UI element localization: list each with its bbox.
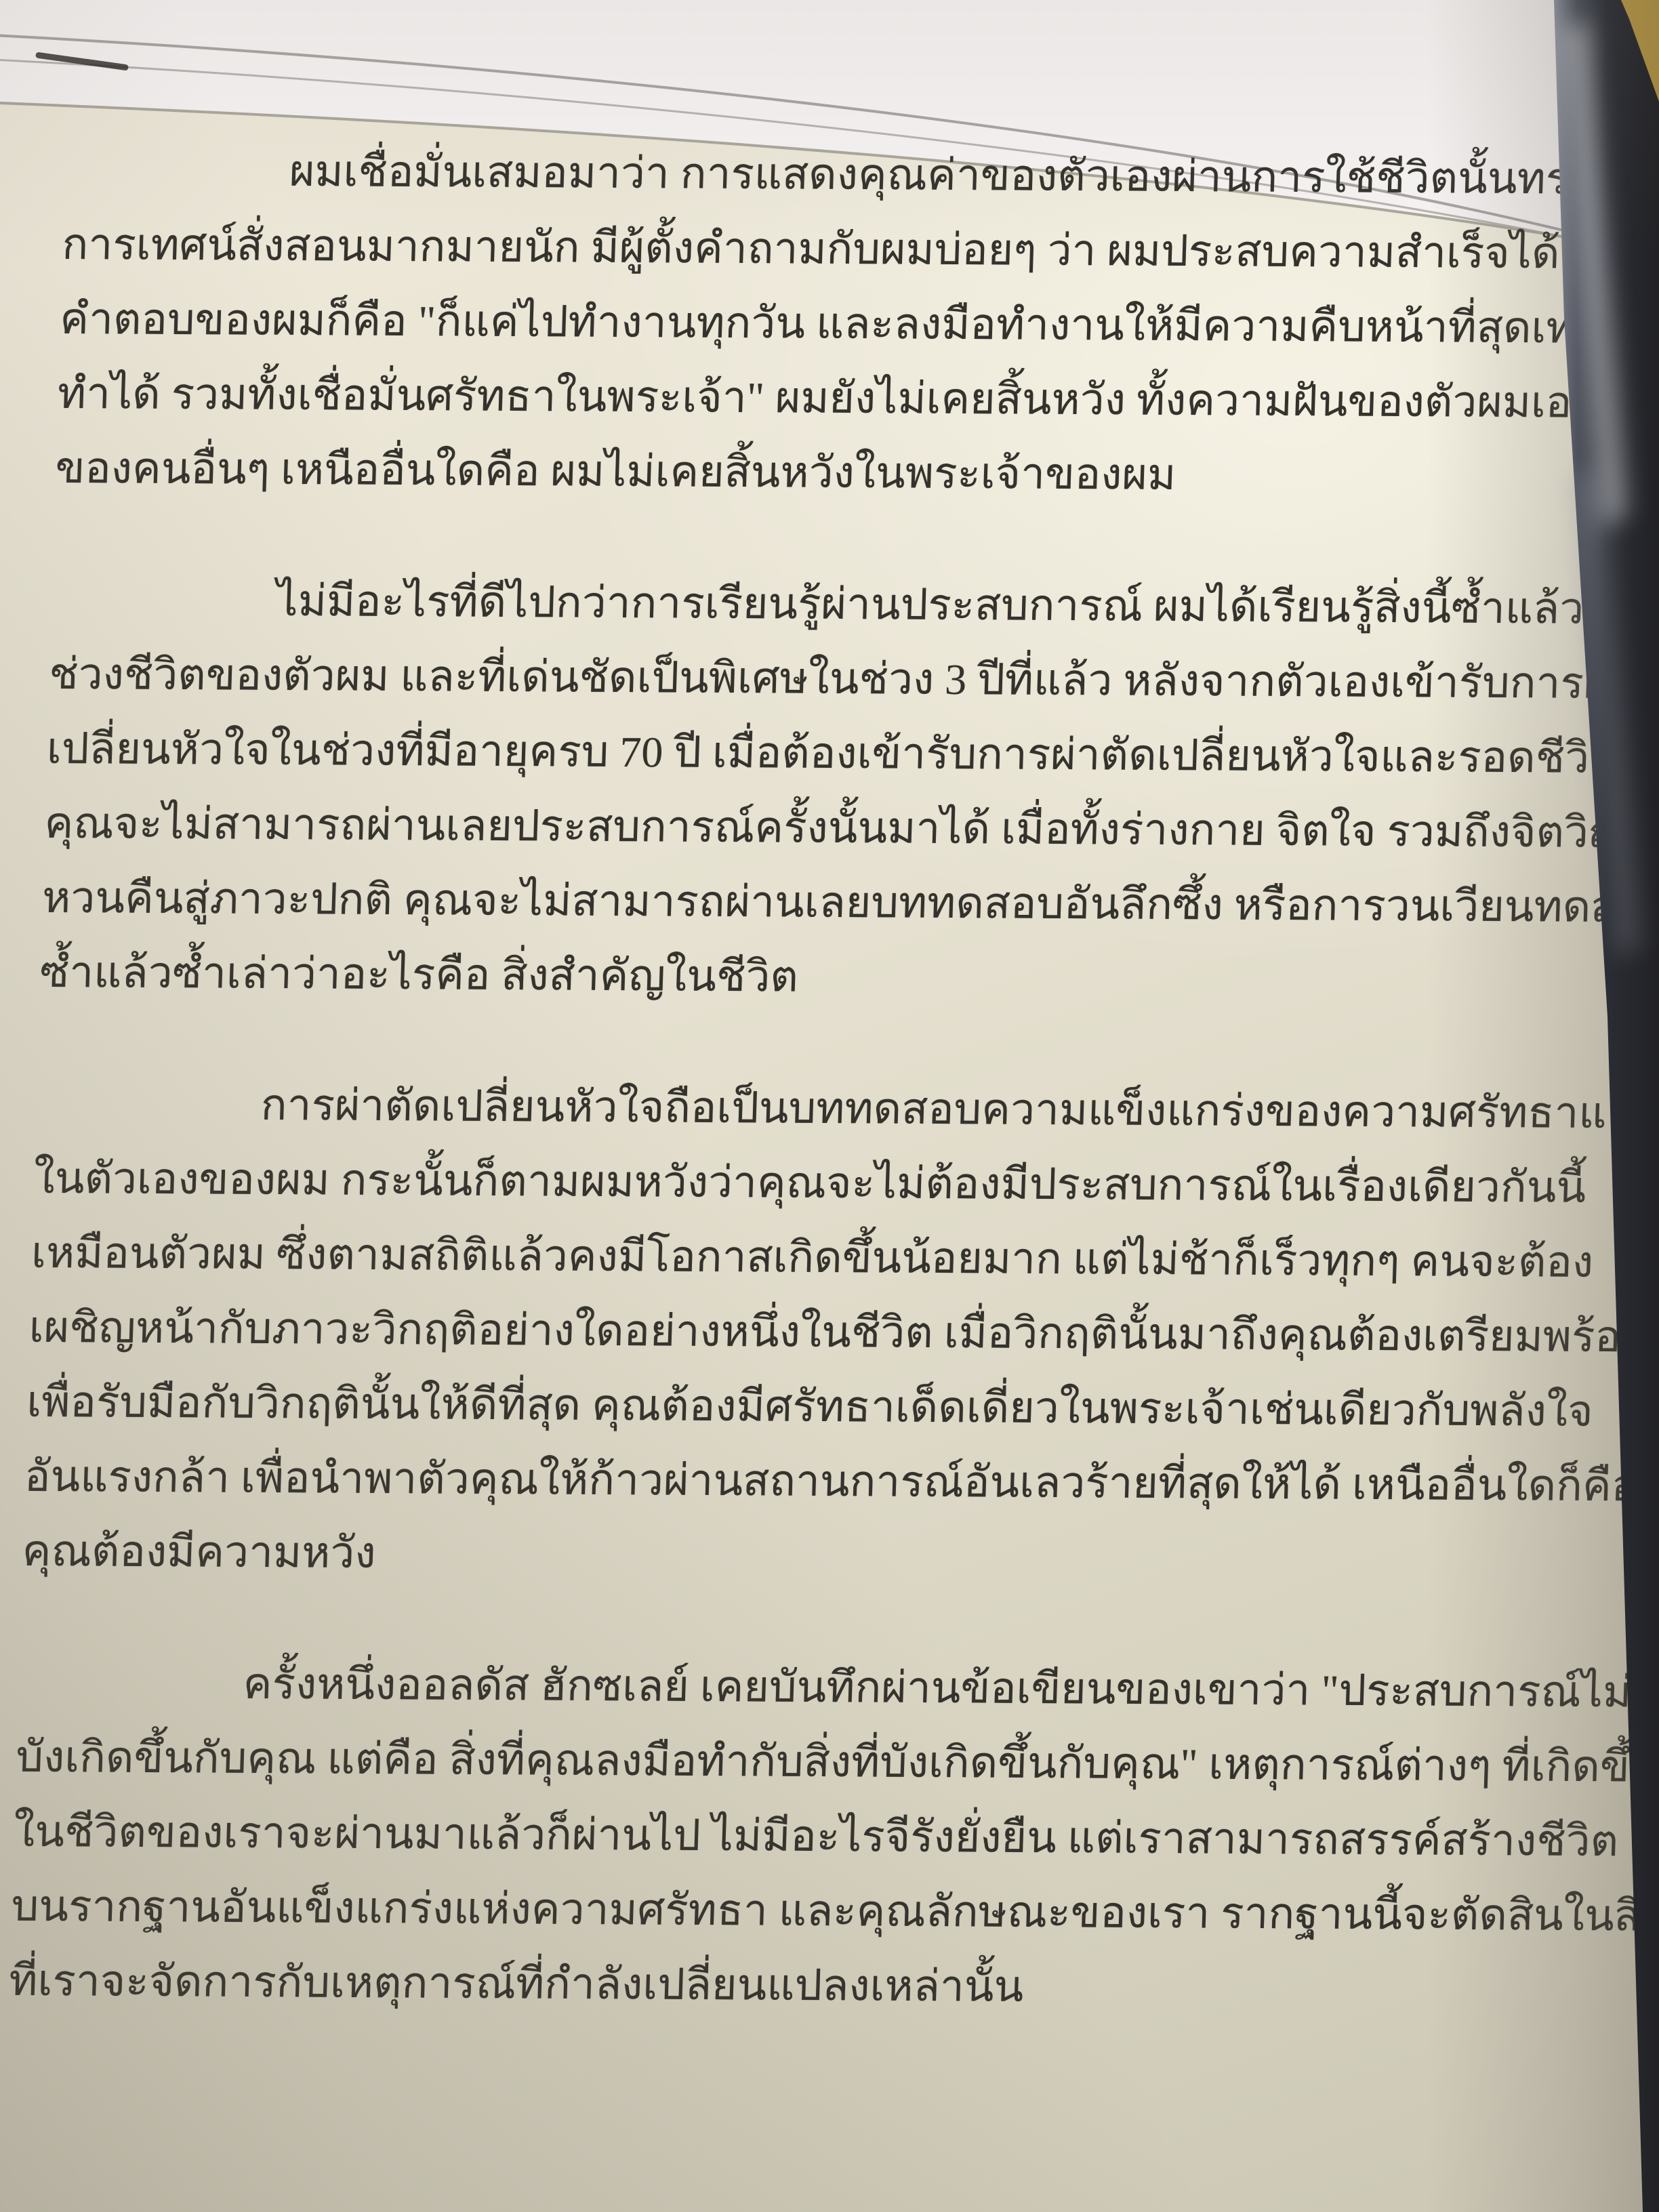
text-line: ในตัวเองของผม กระนั้นก็ตามผมหวังว่าคุณจะ… [33, 1141, 1588, 1225]
text-line: คุณจะไม่สามารถผ่านเลยประสบการณ์ครั้งนั้น… [43, 786, 1599, 870]
text-line: ช่วงชีวิตของตัวผม และที่เด่นชัดเป็นพิเศษ… [48, 637, 1603, 721]
text-line: หวนคืนสู่ภาวะปกติ คุณจะไม่สามารถผ่านเลยบ… [41, 861, 1597, 945]
paragraph-4: ครั้งหนึ่งออลดัส ฮักซเลย์ เคยบันทึกผ่านข… [8, 1645, 1572, 2028]
text-line: การเทศน์สั่งสอนมากมายนัก มีผู้ตั้งคำถามก… [61, 207, 1616, 291]
text-line: คุณต้องมีความหวัง [21, 1514, 1576, 1598]
paragraph-1: ผมเชื่อมั่นเสมอมาว่า การแสดงคุณค่าของตัว… [54, 133, 1618, 515]
text-line: ทำได้ รวมทั้งเชื่อมั่นศรัทธาในพระเจ้า" ผ… [56, 356, 1612, 441]
text-line: เหมือนตัวผม ซึ่งตามสถิติแล้วคงมีโอกาสเกิ… [30, 1216, 1586, 1300]
text-line: เปลี่ยนหัวใจในช่วงที่มีอายุครบ 70 ปี เมื… [45, 712, 1601, 796]
text-line: อันแรงกล้า เพื่อนำพาตัวคุณให้ก้าวผ่านสถา… [23, 1439, 1578, 1523]
paragraph-3: การผ่าตัดเปลี่ยนหัวใจถือเป็นบททดสอบความแ… [21, 1067, 1590, 1598]
text-line: บนรากฐานอันแข็งแกร่งแห่งความศรัทธา และคุ… [10, 1869, 1565, 1953]
text-line: ที่เราจะจัดการกับเหตุการณ์ที่กำลังเปลี่ย… [8, 1944, 1563, 2028]
text-line: บังเกิดขึ้นกับคุณ แต่คือ สิ่งที่คุณลงมือ… [15, 1720, 1570, 1804]
text-line: ในชีวิตของเราจะผ่านมาแล้วก็ผ่านไป ไม่มีอ… [12, 1795, 1568, 1879]
text-line: ไม่มีอะไรที่ดีไปกว่าการเรียนรู้ผ่านประสบ… [50, 562, 1605, 647]
text-line: ซ้ำแล้วซ้ำเล่าว่าอะไรคือ สิ่งสำคัญในชีวิ… [39, 935, 1594, 1019]
paragraph-2: ไม่มีอะไรที่ดีไปกว่าการเรียนรู้ผ่านประสบ… [39, 562, 1605, 1019]
text-line: ของคนอื่นๆ เหนืออื่นใดคือ ผมไม่เคยสิ้นหว… [54, 431, 1610, 515]
text-line: ครั้งหนึ่งออลดัส ฮักซเลย์ เคยบันทึกผ่านข… [17, 1645, 1572, 1729]
text-line: เผชิญหน้ากับภาวะวิกฤติอย่างใดอย่างหนึ่งใ… [28, 1290, 1583, 1374]
book-page-photo: ผมเชื่อมั่นเสมอมาว่า การแสดงคุณค่าของตัว… [0, 0, 1659, 2212]
text-line: การผ่าตัดเปลี่ยนหัวใจถือเป็นบททดสอบความแ… [35, 1067, 1590, 1151]
page-text: ผมเชื่อมั่นเสมอมาว่า การแสดงคุณค่าของตัว… [0, 0, 1659, 2085]
text-line: คำตอบของผมก็คือ "ก็แค่ไปทำงานทุกวัน และล… [59, 282, 1614, 366]
text-line: เพื่อรับมือกับวิกฤตินั้นให้ดีที่สุด คุณต… [26, 1365, 1581, 1449]
text-line: ผมเชื่อมั่นเสมอมาว่า การแสดงคุณค่าของตัว… [63, 133, 1618, 217]
